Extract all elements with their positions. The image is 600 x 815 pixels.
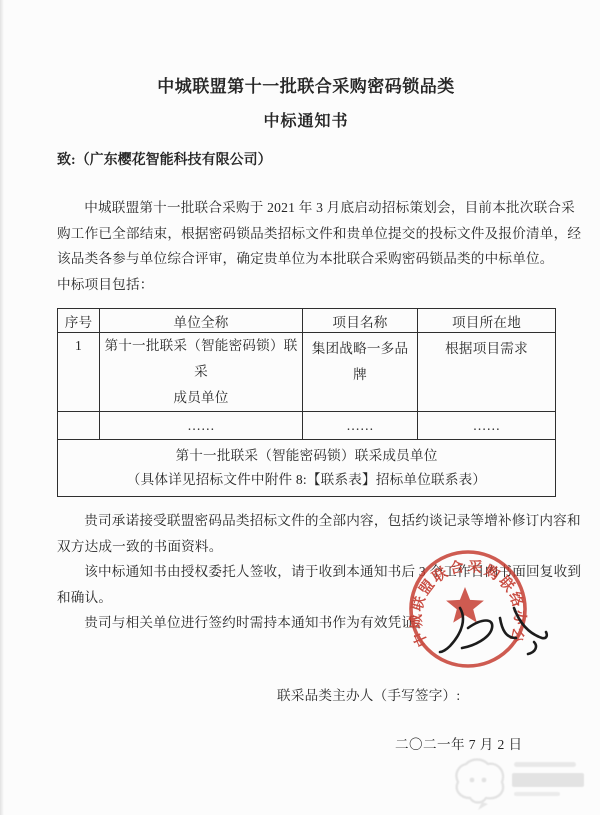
- signature-label: 联采品类主办人（手写签字）:: [277, 683, 555, 708]
- table-lead-in-label: 中标项目包括：: [57, 272, 555, 298]
- cell-unit-name-line1: 第十一批联采（智能密码锁）联采: [102, 333, 300, 385]
- document-subtitle: 中标通知书: [57, 112, 555, 132]
- cell-project-name: ……: [303, 412, 418, 440]
- merged-cell: 第十一批联采（智能密码锁）联采成员单位 （具体详见招标文件中附件 8:【联系表】…: [58, 440, 556, 497]
- header-project-name: 项目名称: [303, 309, 418, 333]
- cell-project-name: 集团战略一多品牌: [303, 333, 418, 412]
- merged-cell-line1: 第十一批联采（智能密码锁）联采成员单位: [58, 444, 555, 468]
- cell-unit-name: 第十一批联采（智能密码锁）联采 成员单位: [100, 333, 303, 412]
- intro-line: 中城联盟第十一批联合采购于 2021 年 3 月底启动招标策划会，目前本批次联合…: [57, 195, 555, 221]
- cell-project-location: ……: [418, 412, 556, 440]
- cell-seq: [58, 412, 100, 440]
- body-line: 贵司承诺接受联盟密码品类招标文件的全部内容，包括约谈记录等增补修订内容和: [57, 508, 555, 534]
- table-merged-row: 第十一批联采（智能密码锁）联采成员单位 （具体详见招标文件中附件 8:【联系表】…: [58, 440, 556, 497]
- handwritten-signature: [438, 602, 550, 666]
- cell-seq: 1: [58, 333, 100, 412]
- header-seq: 序号: [58, 309, 100, 333]
- cell-project-location: 根据项目需求: [418, 333, 556, 412]
- scanned-document-page: 中城联盟第十一批联合采购密码锁品类 中标通知书 致:（广东樱花智能科技有限公司）…: [0, 0, 600, 815]
- cell-unit-name: ……: [100, 412, 303, 440]
- document-title: 中城联盟第十一批联合采购密码锁品类: [57, 76, 555, 98]
- page-edge-shadow: [0, 0, 4, 815]
- recipient-line: 致:（广东樱花智能科技有限公司）: [57, 150, 555, 172]
- watermark-bubble-icon: [456, 760, 503, 811]
- watermark-text-block: [512, 762, 584, 796]
- table-row: …… …… ……: [58, 412, 556, 440]
- intro-line: 该品类各参与单位综合评审，确定贵单位为本批联合采购密码锁品类的中标单位。: [57, 246, 555, 272]
- table-header-row: 序号 单位全称 项目名称 项目所在地: [58, 309, 556, 333]
- table-row: 1 第十一批联采（智能密码锁）联采 成员单位 集团战略一多品牌 根据项目需求: [58, 333, 556, 412]
- intro-paragraph: 中城联盟第十一批联合采购于 2021 年 3 月底启动招标策划会，目前本批次联合…: [57, 195, 555, 272]
- cell-unit-name-line2: 成员单位: [102, 385, 300, 411]
- header-project-location: 项目所在地: [418, 309, 556, 333]
- watermark-logo: [452, 752, 597, 814]
- header-unit-name: 单位全称: [100, 309, 303, 333]
- award-table: 序号 单位全称 项目名称 项目所在地 1 第十一批联采（智能密码锁）联采 成员单…: [57, 308, 556, 497]
- merged-cell-line2: （具体详见招标文件中附件 8:【联系表】招标单位联系表）: [58, 468, 555, 492]
- intro-line: 购工作已全部结束，根据密码锁品类招标文件和贵单位提交的投标文件及报价清单，经: [57, 221, 555, 247]
